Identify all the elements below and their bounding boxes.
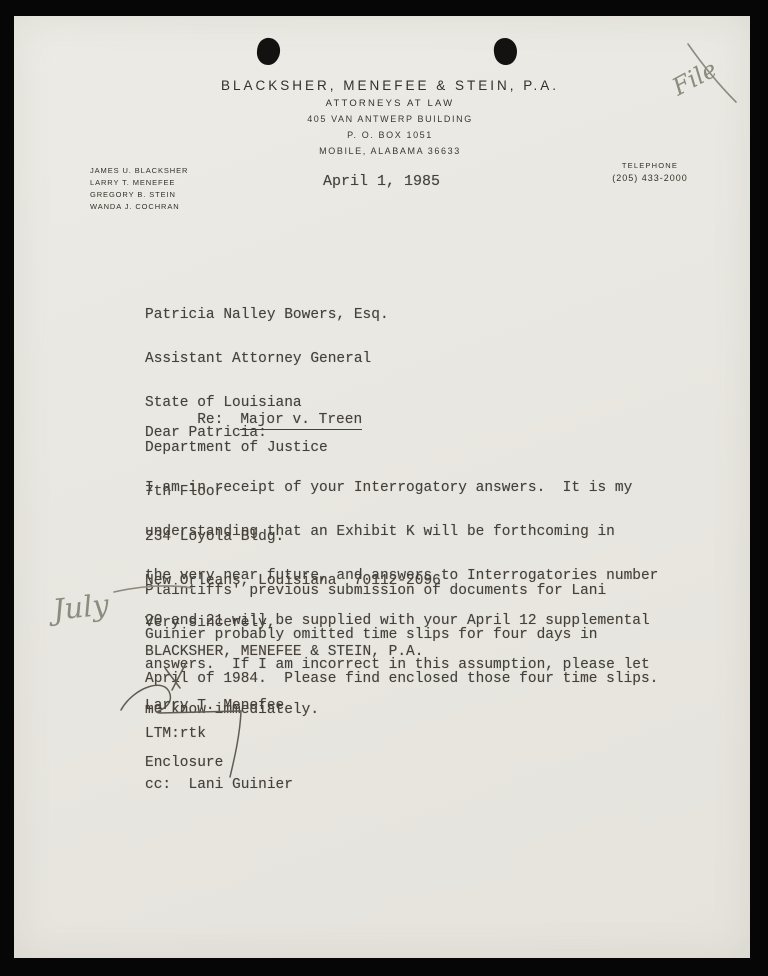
reference-initials: LTM:rtk: [145, 727, 206, 742]
telephone-block: TELEPHONE (205) 433-2000: [594, 161, 706, 183]
body-line: April of 1984. Please find enclosed thos…: [145, 672, 658, 687]
body-line: Plaintiffs' previous submission of docum…: [145, 584, 658, 599]
punch-hole-right: [493, 37, 519, 66]
body-line: understanding that an Exhibit K will be …: [145, 525, 658, 540]
recipient-line: Patricia Nalley Bowers, Esq.: [145, 308, 441, 323]
attorney-name: JAMES U. BLACKSHER: [90, 165, 188, 177]
letterhead-subtitle: ATTORNEYS AT LAW: [22, 98, 758, 109]
body-paragraph-2: Plaintiffs' previous submission of docum…: [145, 554, 658, 717]
letterhead-address-line3: MOBILE, ALABAMA 36633: [22, 146, 758, 156]
letterhead-address-line2: P. O. BOX 1051: [22, 130, 758, 140]
cc-line: cc: Lani Guinier: [145, 778, 293, 793]
letterhead-firm-name: BLACKSHER, MENEFEE & STEIN, P.A.: [22, 78, 758, 93]
attorney-name: WANDA J. COCHRAN: [90, 201, 188, 213]
recipient-line: Assistant Attorney General: [145, 352, 441, 367]
attorney-name-list: JAMES U. BLACKSHER LARRY T. MENEFEE GREG…: [90, 165, 188, 213]
letter-page: File BLACKSHER, MENEFEE & STEIN, P.A. AT…: [14, 16, 750, 958]
letter-date: April 1, 1985: [323, 175, 440, 190]
enclosure-label: Enclosure: [145, 756, 223, 771]
body-line: I am in receipt of your Interrogatory an…: [145, 481, 658, 496]
telephone-label: TELEPHONE: [594, 161, 706, 170]
firm-signature-line: BLACKSHER, MENEFEE & STEIN, P.A.: [145, 645, 423, 660]
july-note-text: July: [46, 587, 111, 627]
letterhead-address-line1: 405 VAN ANTWERP BUILDING: [22, 114, 758, 124]
signer-name: Larry T. Menefee: [145, 699, 284, 714]
scan-background: File BLACKSHER, MENEFEE & STEIN, P.A. AT…: [0, 0, 768, 976]
telephone-number: (205) 433-2000: [594, 173, 706, 183]
closing: Very sincerely,: [145, 616, 276, 631]
punch-hole-left: [255, 37, 282, 67]
attorney-name: LARRY T. MENEFEE: [90, 177, 188, 189]
attorney-name: GREGORY B. STEIN: [90, 189, 188, 201]
salutation: Dear Patricia:: [145, 426, 267, 441]
file-note-stroke: [688, 44, 736, 102]
